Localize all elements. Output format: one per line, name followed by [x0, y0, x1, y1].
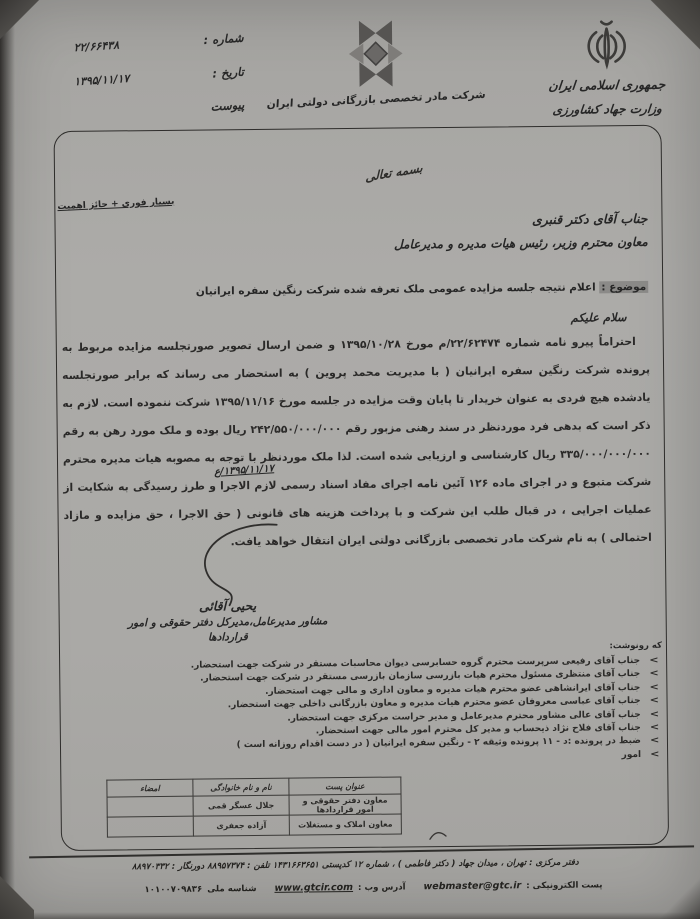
subject-label: موضوع :: [599, 281, 648, 294]
footer-address: دفتر مرکزی : تهران ، میدان جهاد ( دکتر ف…: [116, 857, 594, 872]
number-label: شماره :: [203, 31, 244, 47]
meta-date-row: تاریخ : ۱۳۹۵/۱۱/۱۷: [74, 65, 245, 90]
cell-post: معاون دفتر حقوقی و امور قراردادها: [289, 794, 401, 815]
signature-scribble-icon: [173, 521, 294, 608]
recipient-name: جناب آقای دکتر قنبری: [394, 211, 648, 229]
cell-name: جلال عسگر قمی: [193, 795, 289, 816]
national-id-label: شناسه ملی: [207, 884, 256, 895]
cell-post: معاون املاک و مستغلات: [289, 814, 401, 835]
header-company-block: شرکت مادر تخصصی بازرگانی دولتی ایران: [245, 18, 506, 107]
national-id-value: ۱۰۱۰۰۷۰۹۸۳۶: [144, 884, 202, 895]
arrow-bullet-icon: >: [650, 669, 660, 679]
attachment-value: [74, 108, 75, 122]
web-label: آدرس وب :: [358, 882, 406, 892]
signer-name: یحیی آقائی: [93, 597, 361, 615]
arrow-bullet-icon: >: [650, 683, 660, 693]
attachment-label: پیوست: [210, 98, 244, 114]
scan-edge-left: [0, 0, 15, 919]
scan-corner-top-left: [0, 0, 44, 48]
ministry-line1: جمهوری اسلامی ایران: [531, 76, 682, 93]
cc-item-text: جناب آقای فلاح نژاد ذیحساب و مدیر کل محت…: [316, 723, 641, 736]
cell-sign: [107, 796, 193, 817]
cc-label: که رونوشت:: [609, 641, 662, 652]
footer-contacts: پست الکترونیکی : webmaster@gtc.ir آدرس و…: [144, 879, 602, 895]
cell-sign: [107, 816, 193, 837]
table-row: معاون املاک و مستغلات آزاده جعفری: [107, 814, 401, 837]
arrow-bullet-icon: >: [650, 696, 660, 706]
scan-edge-bottom: [0, 912, 700, 919]
footer-national-id-group: شناسه ملی ۱۰۱۰۰۷۰۹۸۳۶: [144, 884, 256, 895]
arrow-bullet-icon: >: [650, 736, 660, 746]
date-value: ۱۳۹۵/۱۱/۱۷: [74, 72, 130, 89]
col-sign: امضاء: [107, 779, 193, 797]
col-name: نام و نام خانوادگی: [193, 778, 289, 796]
recipient-title: معاون محترم وزیر، رئیس هیات مدیره و مدیر…: [394, 235, 648, 252]
cell-name: آزاده جعفری: [193, 815, 289, 836]
letter-body-text: احتراماً پیرو نامه شماره ۲۲/۶۲۴۷۴/م مورخ…: [62, 335, 652, 548]
scan-corner-top-right: [636, 0, 700, 58]
recipient-block: جناب آقای دکتر قنبری معاون محترم وزیر، ر…: [394, 211, 648, 252]
footer-email-group: پست الکترونیکی : webmaster@gtc.ir: [423, 879, 602, 892]
signer-title-line1: مشاور مدیرعامل،مدیرکل دفتر حقوقی و امور: [94, 615, 362, 630]
scan-corner-bottom-left: [0, 847, 34, 919]
arrow-bullet-icon: >: [650, 709, 660, 719]
handwritten-mark: [428, 829, 448, 843]
iran-emblem-icon: [580, 15, 633, 74]
salutation: سلام علیکم: [571, 310, 627, 325]
gtc-logo-icon: [342, 19, 409, 88]
meta-number-row: شماره : ۲۲/۶۶۴۳۸: [73, 31, 244, 56]
meta-attachment-row: پیوست: [74, 98, 245, 123]
email-label: پست الکترونیکی :: [526, 880, 602, 891]
footer-web-group: آدرس وب : www.gtcir.com: [274, 881, 405, 893]
arrow-bullet-icon: >: [650, 723, 660, 733]
arrow-bullet-icon: >: [651, 750, 661, 760]
email-value: webmaster@gtc.ir: [423, 880, 521, 892]
signer-block: یحیی آقائی مشاور مدیرعامل،مدیرکل دفتر حق…: [93, 597, 361, 645]
cc-list: >جناب آقای رفیعی سرپرست محترم گروه حسابر…: [88, 656, 659, 769]
col-post: عنوان پست: [289, 777, 401, 795]
company-name: شرکت مادر تخصصی بازرگانی دولتی ایران: [246, 88, 506, 112]
scanned-letter-page: جمهوری اسلامی ایران وزارت جهاد کشاورزی ش…: [0, 0, 700, 919]
scan-corner-bottom-right: [654, 875, 700, 919]
signatories-table: عنوان پست نام و نام خانوادگی امضاء معاون…: [106, 776, 402, 837]
scan-content: جمهوری اسلامی ایران وزارت جهاد کشاورزی ش…: [0, 0, 700, 919]
arrow-bullet-icon: >: [650, 656, 660, 666]
number-value: ۲۲/۶۶۴۳۸: [73, 38, 119, 55]
web-value: www.gtcir.com: [274, 882, 353, 894]
cc-item-text: امور: [622, 750, 642, 760]
ministry-line2: وزارت جهاد کشاورزی: [532, 101, 683, 117]
date-label: تاریخ :: [212, 65, 244, 81]
letter-body: احتراماً پیرو نامه شماره ۲۲/۶۲۴۷۴/م مورخ…: [62, 328, 652, 558]
